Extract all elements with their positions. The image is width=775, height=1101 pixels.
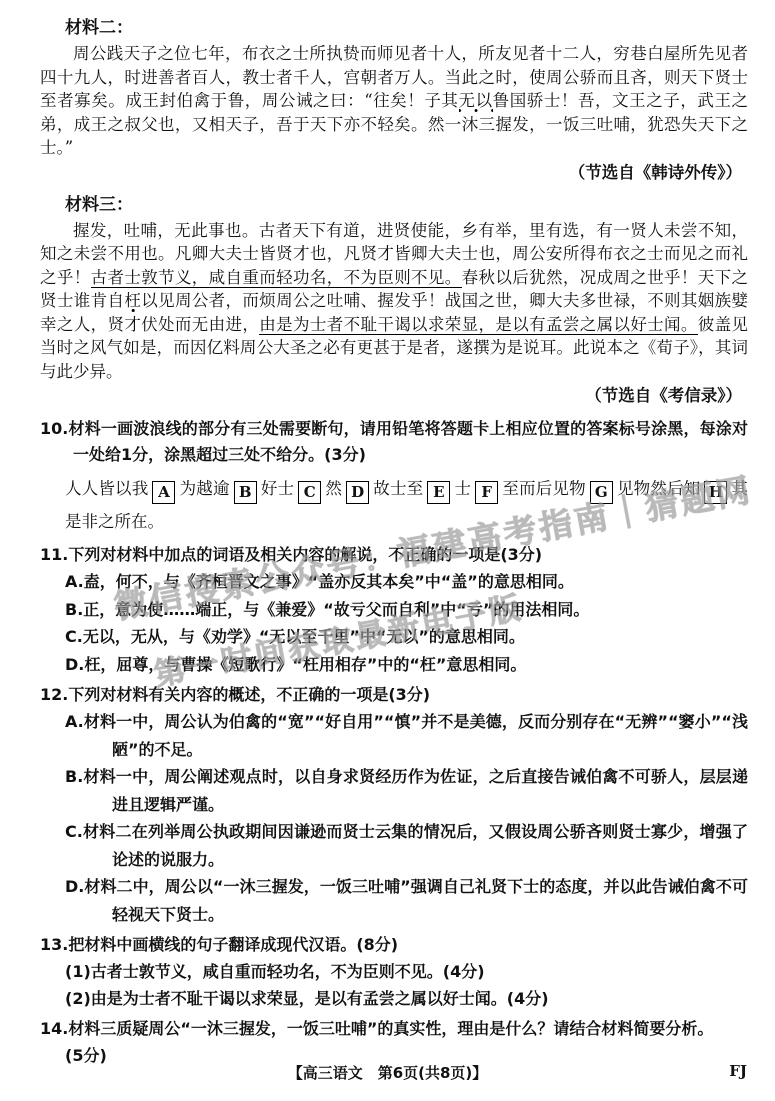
- q11-option-B: B.正，意为使……端正，与《兼爱》“故亏父而自利”中“亏”的用法相同。: [40, 596, 748, 624]
- answer-letter-box-B: B: [234, 481, 257, 504]
- answer-letter-box-H: H: [704, 481, 727, 504]
- question-11-options: A.盍，何不，与《齐桓晋文之事》“盖亦反其本矣”中“盖”的意思相同。B.正，意为…: [40, 568, 748, 678]
- question-13: 13.把材料中画横线的句子翻译成现代汉语。(8分) (1)古者士敦节义，咸自重而…: [40, 932, 748, 1012]
- material-2-section: 材料二： 周公践天子之位七年，布衣之士所执贽而师见者十人，所友见者十二人，穷巷白…: [40, 16, 748, 185]
- material-3-citation: （节选自《考信录》）: [40, 384, 742, 408]
- question-12-options: A.材料一中，周公认为伯禽的“宽”“好自用”“慎”并不是美德，反而分别存在“无辨…: [40, 708, 748, 928]
- material-2-title: 材料二：: [65, 16, 748, 40]
- answer-letter-box-F: F: [475, 481, 498, 504]
- answer-letter-box-G: G: [590, 481, 613, 504]
- underlined-text: 由是为士者不耻干谒以求荣显，是以有孟尝之属以好士闻。: [259, 315, 698, 335]
- answer-letter-box-A: A: [152, 481, 175, 504]
- q13-sub-1: (1)古者士敦节义，咸自重而轻功名，不为臣则不见。(4分): [65, 958, 748, 985]
- answer-letter-box-C: C: [298, 481, 321, 504]
- q13-sub-2: (2)由是为士者不耻干谒以求荣显，是以有孟尝之属以好士闻。(4分): [65, 985, 748, 1012]
- question-11-stem: 11.下列对材料中加点的词语及相关内容的解说，不正确的一项是(3分): [40, 542, 748, 568]
- answer-letter-box-D: D: [346, 481, 369, 504]
- q11-option-D: D.枉，屈尊，与曹操《短歌行》“枉用相存”中的“枉”意思相同。: [40, 651, 748, 679]
- material-3-section: 材料三： 握发，吐哺，无此事也。古者天下有道，进贤使能，乡有举，里有选，有一贤人…: [40, 193, 748, 409]
- question-12-stem: 12.下列对材料有关内容的概述，不正确的一项是(3分): [40, 682, 748, 708]
- answer-letter-box-E: E: [427, 481, 450, 504]
- q11-option-A: A.盍，何不，与《齐桓晋文之事》“盖亦反其本矣”中“盖”的意思相同。: [40, 568, 748, 596]
- q11-option-C: C.无以，无从，与《劝学》“无以至千里”中“无以”的意思相同。: [40, 623, 748, 651]
- text-run: 然: [325, 479, 342, 498]
- text-run: 为越逾: [179, 479, 229, 498]
- page-footer: 【高三语文 第6页(共8页)】 FJ: [0, 1062, 775, 1088]
- q12-option-B: B.材料一中，周公阐述观点时，以自身求贤经历作为佐证，之后直接告诫伯禽不可骄人，…: [40, 763, 748, 818]
- text-run: 故士至: [373, 479, 423, 498]
- question-10: 10.材料一画波浪线的部分有三处需要断句，请用铅笔将答题卡上相应位置的答案标号涂…: [40, 416, 748, 538]
- material-2-citation: （节选自《韩诗外传》）: [40, 161, 742, 185]
- dot-emphasized-text: 无以: [459, 91, 493, 113]
- exam-page: 材料二： 周公践天子之位七年，布衣之士所执贽而师见者十人，所友见者十二人，穷巷白…: [0, 0, 775, 1101]
- dot-emphasized-text: 枉: [124, 291, 141, 313]
- question-10-stem: 10.材料一画波浪线的部分有三处需要断句，请用铅笔将答题卡上相应位置的答案标号涂…: [40, 416, 748, 468]
- question-11: 11.下列对材料中加点的词语及相关内容的解说，不正确的一项是(3分) A.盍，何…: [40, 542, 748, 678]
- text-run: 人人皆以我: [65, 479, 148, 498]
- text-run: 见物然后知: [617, 479, 701, 498]
- text-run: 士: [454, 479, 471, 498]
- material-3-text: 握发，吐哺，无此事也。古者天下有道，进贤使能，乡有举，里有选，有一贤人未尝不知，…: [40, 219, 748, 384]
- footer-code: FJ: [729, 1062, 747, 1080]
- q12-option-C: C.材料二在列举周公执政期间因谦逊而贤士云集的情况后，又假设周公骄吝则贤士寡少，…: [40, 818, 748, 873]
- question-12: 12.下列对材料有关内容的概述，不正确的一项是(3分) A.材料一中，周公认为伯…: [40, 682, 748, 928]
- question-14-stem: 14.材料三质疑周公“一沐三握发，一饭三吐哺”的真实性，理由是什么？请结合材料简…: [40, 1016, 748, 1042]
- footer-page-label: 【高三语文 第6页(共8页)】: [0, 1062, 775, 1083]
- material-3-title: 材料三：: [65, 193, 748, 217]
- text-run: 至而后见物: [502, 479, 586, 498]
- question-10-sentence: 人人皆以我A为越逾B好士C然D故士至E士F至而后见物G见物然后知H其是非之所在。: [65, 472, 748, 538]
- question-13-stem: 13.把材料中画横线的句子翻译成现代汉语。(8分): [40, 932, 748, 958]
- question-13-subquestions: (1)古者士敦节义，咸自重而轻功名，不为臣则不见。(4分)(2)由是为士者不耻干…: [40, 958, 748, 1012]
- q12-option-A: A.材料一中，周公认为伯禽的“宽”“好自用”“慎”并不是美德，反而分别存在“无辨…: [40, 708, 748, 763]
- material-2-text: 周公践天子之位七年，布衣之士所执贽而师见者十人，所友见者十二人，穷巷白屋所先见者…: [40, 42, 748, 160]
- underlined-text: 古者士敦节义，咸自重而轻功名，不为臣则不见。: [91, 268, 462, 288]
- q12-option-D: D.材料二中，周公以“一沐三握发，一饭三吐哺”强调自己礼贤下士的态度，并以此告诫…: [40, 873, 748, 928]
- text-run: 好士: [261, 479, 295, 498]
